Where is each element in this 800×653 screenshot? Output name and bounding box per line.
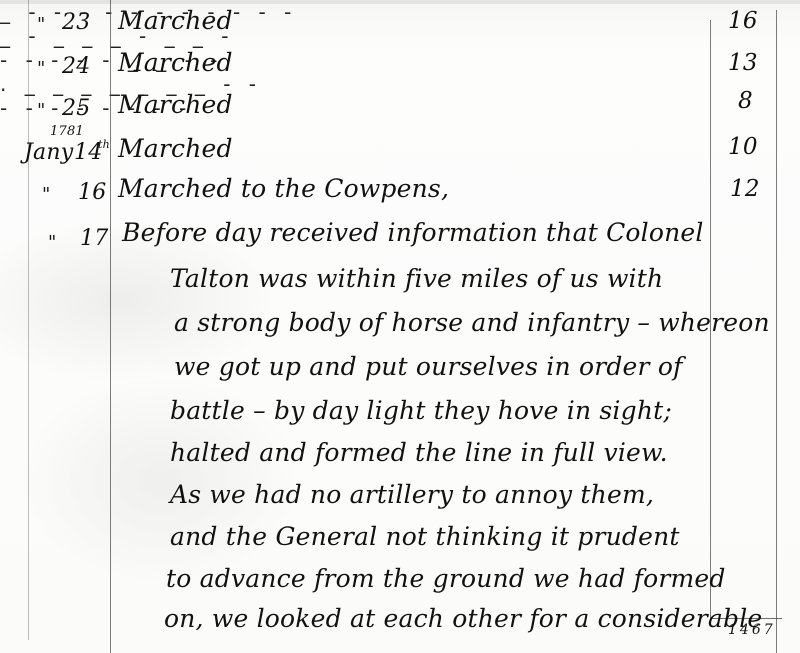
- year-label: 1781: [50, 124, 84, 139]
- ditto-mark: ": [48, 232, 56, 253]
- day-number: 25: [62, 96, 90, 121]
- right-margin-rule: [776, 10, 777, 653]
- entry-text: Marched: [118, 90, 233, 119]
- day-number: 16: [78, 180, 106, 205]
- entry-line: battle – by day light they hove in sight…: [170, 396, 672, 425]
- page-number: 1467: [728, 622, 776, 638]
- miles-value: 12: [730, 176, 760, 202]
- entry-line: on, we looked at each other for a consid…: [164, 604, 762, 633]
- entry-text: Marched: [118, 48, 233, 77]
- month-label: Jany: [24, 140, 73, 165]
- miles-value: 8: [738, 88, 753, 114]
- entry-line: Before day received information that Col…: [122, 218, 704, 247]
- entry-text: Marched to the Cowpens,: [118, 174, 449, 203]
- left-margin-rule: [28, 0, 29, 640]
- entry-line: we got up and put ourselves in order of: [174, 352, 683, 381]
- day-number: 17: [80, 226, 108, 251]
- entry-text: Marched: [118, 6, 233, 35]
- manuscript-page: " 23 Marched _ - - - - - - - - - - - 16 …: [0, 0, 800, 653]
- ditto-mark: ": [37, 100, 45, 121]
- ditto-mark: ": [37, 14, 45, 35]
- entry-line: and the General not thinking it prudent: [170, 522, 680, 551]
- miles-value: 13: [728, 50, 758, 76]
- date-column-rule: [110, 0, 111, 653]
- entry-line: to advance from the ground we had formed: [166, 564, 726, 593]
- entry-line: halted and formed the line in full view.: [170, 438, 668, 467]
- miles-value: 16: [728, 8, 758, 34]
- day-suffix: th: [98, 138, 110, 151]
- entry-text: Marched: [118, 134, 233, 163]
- day-number: 24: [62, 54, 90, 79]
- day-number: 23: [62, 10, 90, 35]
- entry-line: a strong body of horse and infantry – wh…: [174, 308, 770, 337]
- ditto-mark: ": [42, 184, 50, 205]
- entry-line: Talton was within five miles of us with: [170, 264, 663, 293]
- entry-line: As we had no artillery to annoy them,: [170, 480, 654, 509]
- ditto-mark: ": [37, 58, 45, 79]
- miles-value: 10: [728, 134, 758, 160]
- scan-edge: [0, 0, 800, 4]
